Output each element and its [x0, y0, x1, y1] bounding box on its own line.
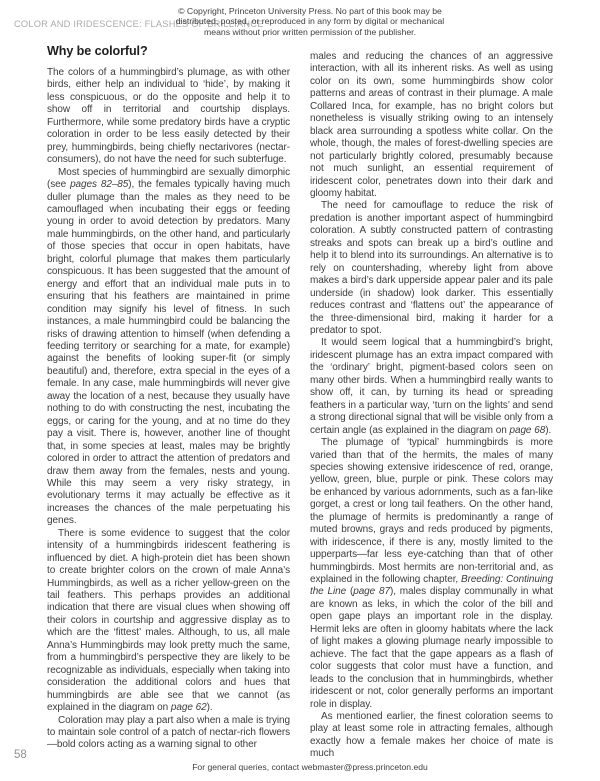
paragraph: As mentioned earlier, the finest colorat… [310, 711, 553, 761]
paragraph: males and reducing the chances of an agg… [310, 51, 553, 200]
paragraph: It would seem logical that a hummingbird… [310, 337, 553, 437]
footer-contact: For general queries, contact webmaster@p… [135, 762, 485, 772]
copyright-line: distributed, posted, or reproduced in an… [135, 16, 485, 26]
paragraph: The plumage of ‘typical’ hummingbirds is… [310, 437, 553, 711]
paragraph: The need for camouflage to reduce the ri… [310, 200, 553, 337]
right-column-text: males and reducing the chances of an agg… [310, 51, 553, 761]
copyright-line: means without prior written permission o… [135, 27, 485, 37]
paragraph: The colors of a hummingbird’s plumage, a… [47, 67, 290, 167]
paragraph: Most species of hummingbird are sexually… [47, 167, 290, 528]
copyright-notice: © Copyright, Princeton University Press.… [135, 6, 485, 37]
page-number: 58 [14, 749, 27, 761]
left-column-text: The colors of a hummingbird’s plumage, a… [47, 67, 290, 752]
left-column: Why be colorful? The colors of a humming… [47, 44, 290, 752]
paragraph: There is some evidence to suggest that t… [47, 528, 290, 715]
paragraph: Coloration may play a part also when a m… [47, 715, 290, 752]
right-column: males and reducing the chances of an agg… [310, 51, 553, 761]
copyright-line: © Copyright, Princeton University Press.… [135, 6, 485, 16]
section-heading: Why be colorful? [47, 44, 290, 58]
